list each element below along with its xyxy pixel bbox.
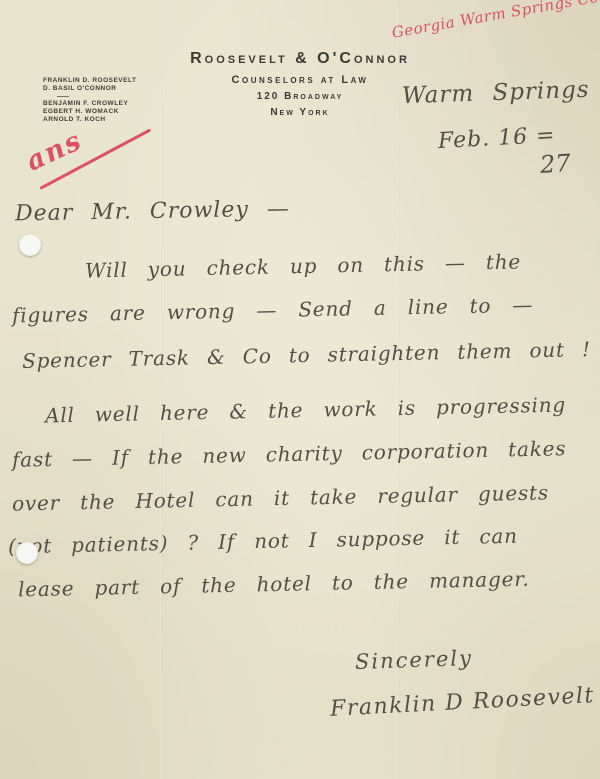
body-line: Will you check up on this — the: [85, 249, 522, 282]
partner-name: BENJAMIN F. CROWLEY: [43, 100, 136, 108]
handwritten-date: Feb. 16 =: [437, 123, 556, 154]
partner-name: EGBERT H. WOMACK: [43, 108, 136, 116]
body-line: All well here & the work is progressing: [45, 393, 566, 428]
letter-page: Roosevelt & O'Connor Counselors at Law 1…: [0, 0, 600, 779]
body-line: Spencer Trask & Co to straighten them ou…: [22, 337, 591, 373]
red-filing-note: Georgia Warm Springs Corp: [390, 0, 600, 42]
handwritten-year: 27: [539, 149, 571, 179]
firm-name: Roosevelt & O'Connor: [0, 50, 600, 68]
signature: Franklin D Roosevelt: [330, 683, 596, 722]
body-line: lease part of the hotel to the manager.: [18, 567, 530, 602]
closing: Sincerely: [355, 646, 474, 674]
partner-name: ARNOLD T. KOCH: [43, 116, 136, 124]
body-line: over the Hotel can it take regular guest…: [12, 480, 549, 515]
hole-punch: [19, 234, 41, 256]
partner-name: FRANKLIN D. ROOSEVELT: [43, 77, 136, 85]
partner-name-list: FRANKLIN D. ROOSEVELT D. BASIL O'CONNOR …: [43, 77, 136, 124]
salutation: Dear Mr. Crowley —: [15, 197, 290, 227]
name-list-divider: [57, 96, 69, 97]
body-line: fast — If the new charity corporation ta…: [12, 436, 567, 472]
body-line: (not patients) ? If not I suppose it can: [8, 524, 518, 559]
body-line: figures are wrong — Send a line to —: [12, 293, 534, 328]
hole-punch: [16, 542, 38, 564]
partner-name: D. BASIL O'CONNOR: [43, 85, 136, 93]
